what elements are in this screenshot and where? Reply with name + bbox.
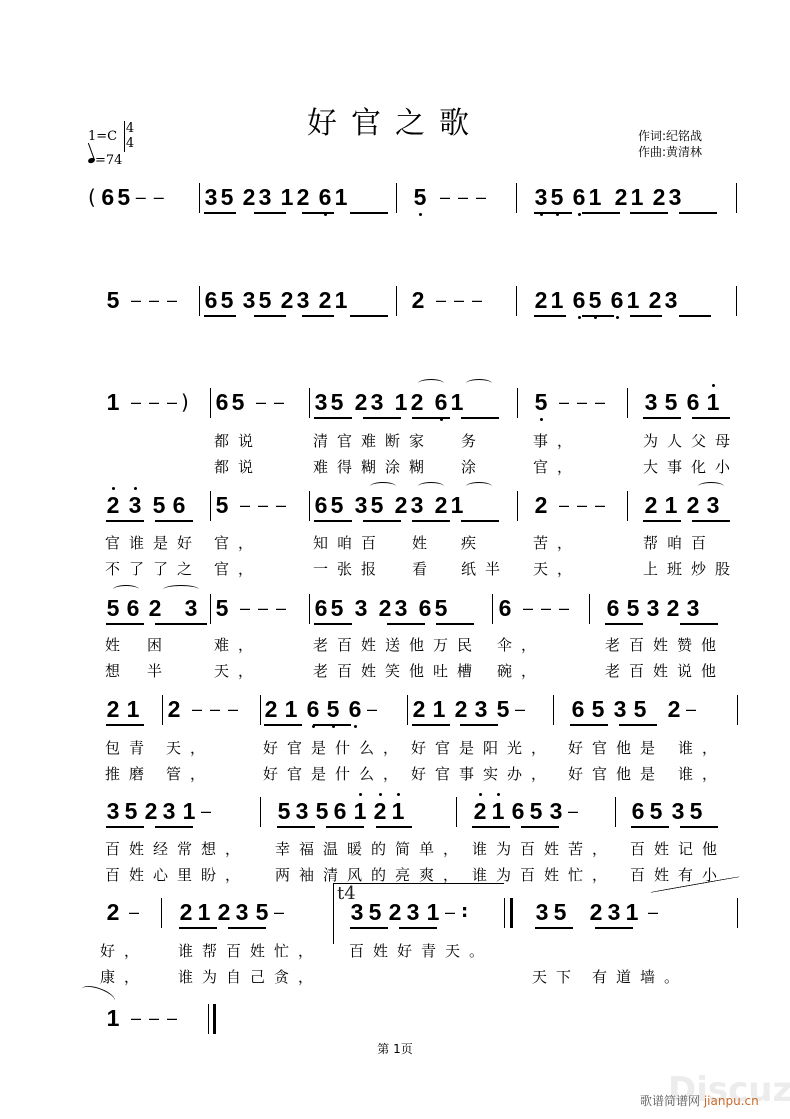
lyric-verse-1: 都说 [214, 430, 262, 451]
staff-row-7: 35231– 5356121 21653– 6535 [0, 797, 790, 837]
lyric-verse-1: 为人父母 [643, 430, 739, 451]
lyric-verse-2: 管， [166, 763, 214, 784]
lyric-verse-1: 姓 [412, 532, 436, 553]
lyric-verse-2: 谁， [678, 763, 726, 784]
barline [736, 183, 737, 213]
staff-row-1: ( 6 5 – – 35231261 5––– 35612123 [0, 183, 790, 223]
final-barline [208, 1004, 216, 1034]
lyric-verse-2: 天， [533, 558, 581, 579]
lyric-verse-2: 有道墙。 [592, 966, 688, 987]
lyric-verse-2: 谁为百姓忙， [472, 864, 616, 885]
lyric-verse-1: 好， [100, 940, 148, 961]
credits: 作词:纪铭战 作曲:黄清林 [638, 128, 702, 160]
lyric-verse-1: 疾 [461, 532, 485, 553]
barline [199, 183, 200, 213]
lyric-verse-1: 事， [533, 430, 581, 451]
watermark: 歌谱简谱网 jianpu.cn [640, 1092, 759, 1109]
lyric-verse-2: 看 [412, 558, 436, 579]
lyric-verse-1: 伞， [497, 634, 545, 655]
dash: – [150, 183, 168, 211]
lyric-verse-2: 大事化小 [643, 456, 739, 477]
lyric-verse-2: 不了了之 [105, 558, 201, 579]
lyric-verse-1: 百姓经常想， [105, 838, 249, 859]
measure: ( 6 5 – – [88, 183, 168, 219]
staff-row-8: 2– 21235– 35231–: 35231– [0, 898, 790, 938]
lyric-verse-1: 官谁是好 [105, 532, 201, 553]
lyric-verse-1: 困 [147, 634, 171, 655]
time-signature: 4 4 [124, 121, 136, 151]
note: 5 [116, 183, 132, 211]
staff-row-2: 5––– 65352321 2––– 21656123 [0, 286, 790, 326]
lyric-verse-2: 想 [105, 660, 129, 681]
lyric-verse-2: 一张报 [313, 558, 385, 579]
lyric-verse-1: 百姓记他 [630, 838, 726, 859]
lyric-verse-2: 半 [147, 660, 171, 681]
repeat-dots: : [461, 898, 468, 926]
barline [516, 183, 517, 213]
lyric-verse-2: 推磨 [105, 763, 153, 784]
time-line [124, 121, 125, 152]
staff-row-9: 1––– [0, 1004, 790, 1044]
lyric-verse-1: 谁， [678, 737, 726, 758]
lyric-verse-2: 两袖清风的亮爽， [275, 864, 467, 885]
lyric-verse-1: 百姓好青天。 [349, 940, 493, 961]
lyric-verse-1: 谁为百姓苦， [472, 838, 616, 859]
composer: 作曲:黄清林 [638, 144, 702, 160]
barline [396, 183, 397, 213]
watermark-en: jianpu.cn [704, 1094, 759, 1108]
lyric-verse-2: 老百姓说他 [605, 660, 725, 681]
lyric-verse-1: 包青 [105, 737, 153, 758]
note: 6 [100, 183, 116, 211]
lyric-verse-2: 好官他是 [568, 763, 664, 784]
measure: 5––– [412, 183, 490, 219]
staff-row-4: 2356 5––– 65352321 2––– 2123 [0, 491, 790, 531]
time-bottom: 4 [124, 136, 136, 151]
staff-row-3: 1–––) 65–– 35231261 5––– 3561 [0, 388, 790, 428]
lyric-verse-2: 涂 [461, 456, 485, 477]
lyric-verse-2: 官， [214, 558, 262, 579]
lyric-verse-1: 姓 [105, 634, 129, 655]
lyric-verse-1: 知咱百 [313, 532, 385, 553]
measure: 35612123 [533, 183, 683, 219]
lyric-verse-2: 天， [214, 660, 262, 681]
tempo-marking: =74 [88, 153, 122, 168]
page-number: 第 1页 [0, 1040, 790, 1057]
lyric-verse-1: 苦， [533, 532, 581, 553]
lyric-verse-1: 天， [166, 737, 214, 758]
lyric-verse-1: 官， [214, 532, 262, 553]
lyric-verse-2: 百姓心里盼， [105, 864, 249, 885]
lyric-verse-1: 好官他是 [568, 737, 664, 758]
lyric-verse-2: 纸半 [461, 558, 509, 579]
lyric-verse-1: 难， [214, 634, 262, 655]
lyricist: 作词:纪铭战 [638, 128, 702, 144]
measure: 35231261 [203, 183, 349, 219]
lyric-verse-2: 好官事实办， [411, 763, 555, 784]
lyric-verse-2: 官， [533, 456, 581, 477]
lyric-verse-2: 都说 [214, 456, 262, 477]
lyric-verse-1: 老百姓赞他 [605, 634, 725, 655]
watermark-cn: 歌谱简谱网 [640, 1094, 700, 1108]
staff-row-6: 21 2––– 21656– 21235– 65352– [0, 695, 790, 735]
lyric-verse-1: 好官是阳光， [411, 737, 555, 758]
lyric-verse-1: 好官是什么， [263, 737, 407, 758]
tempo-value: =74 [95, 153, 122, 168]
lyric-verse-2: 碗， [497, 660, 545, 681]
lyric-verse-2: 好官是什么， [263, 763, 407, 784]
key-signature: 1=C [88, 129, 117, 144]
lyric-verse-2: 康， [100, 966, 148, 987]
lyric-verse-2: 难得糊涂糊 [313, 456, 433, 477]
lyric-verse-2: 老百姓笑他吐槽 [313, 660, 481, 681]
lyric-verse-2: 上班炒股 [643, 558, 739, 579]
staff-row-5: 5623 5––– 6532365 6––– 65323 [0, 594, 790, 634]
lyric-verse-2: 天下 [532, 966, 580, 987]
lyric-verse-1: 务 [461, 430, 485, 451]
repeat-barline [504, 898, 513, 928]
time-top: 4 [124, 121, 136, 136]
dash: – [132, 183, 150, 211]
lyric-verse-1: 帮咱百 [643, 532, 715, 553]
lyric-verse-1: 老百姓送他万民 [313, 634, 481, 655]
lyric-verse-1: 清官难断家 [313, 430, 433, 451]
paren-open: ( [88, 183, 96, 211]
lyric-verse-1: 幸福温暖的简单， [275, 838, 467, 859]
lyric-verse-1: 谁帮百姓忙， [178, 940, 322, 961]
lyric-verse-2: 谁为自己贪， [178, 966, 322, 987]
